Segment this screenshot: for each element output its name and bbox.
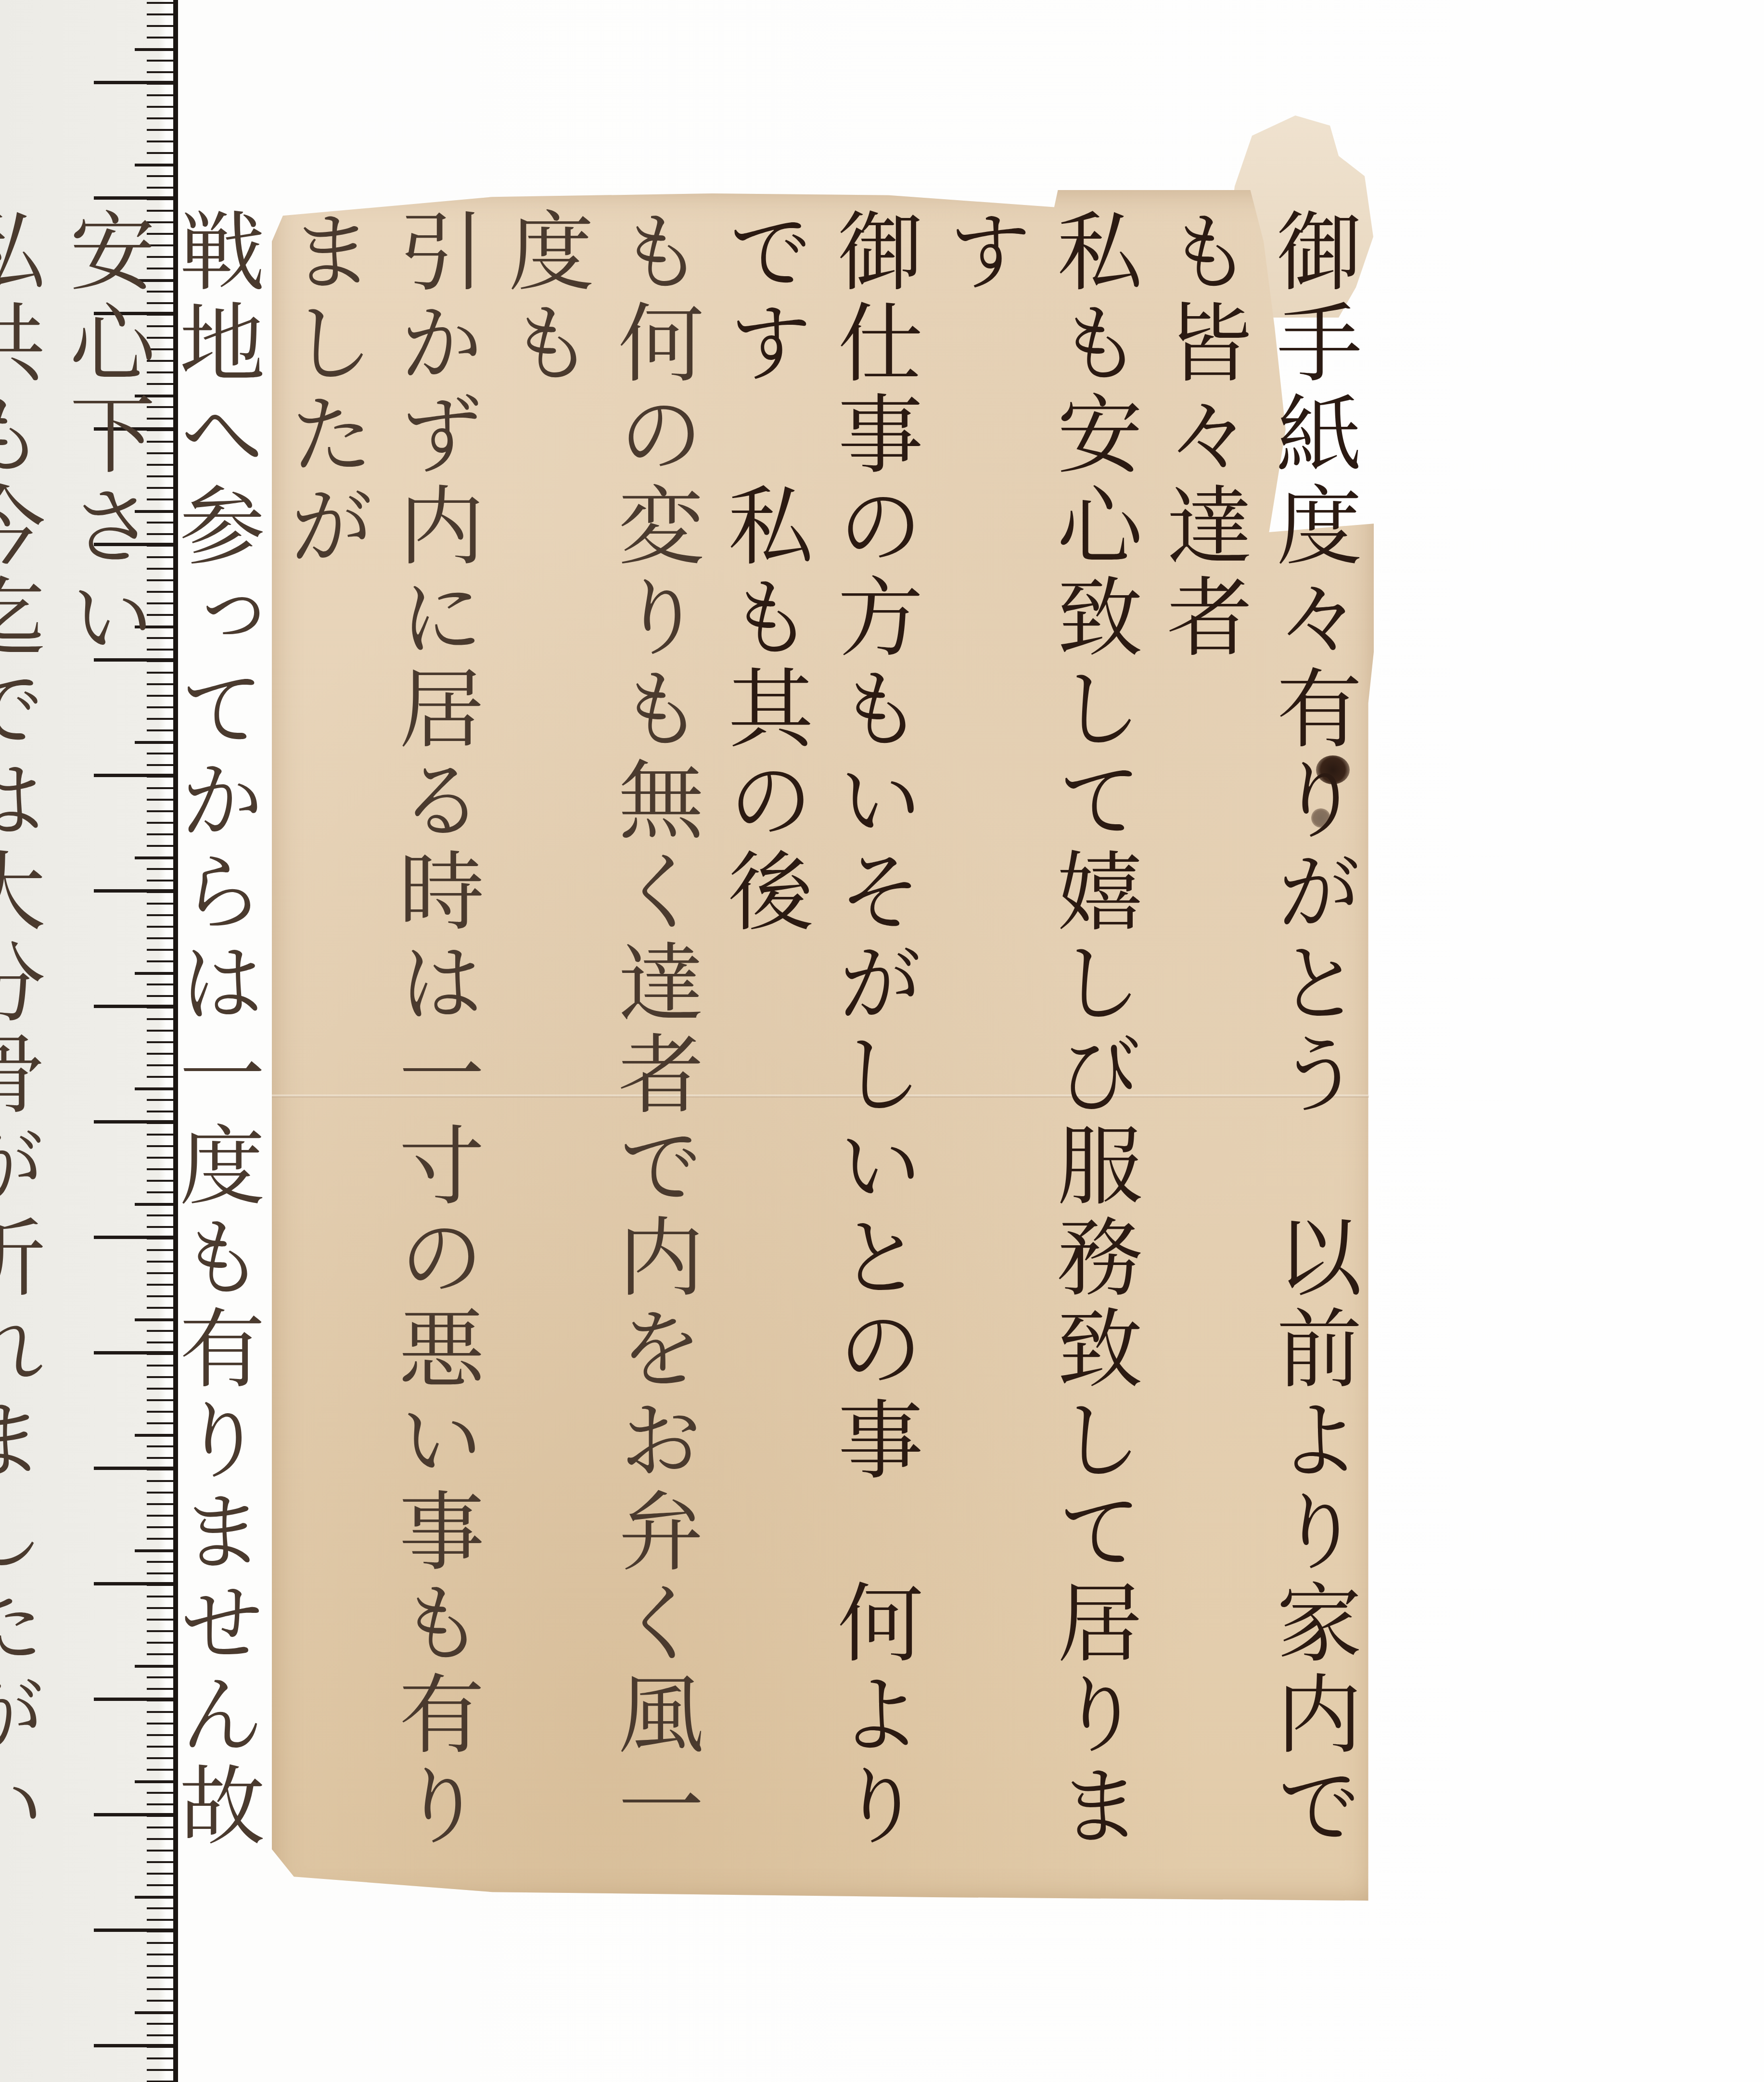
- letter-column-1: 御手紙度々有りがとう 以前より家内でも皆々達者: [1147, 207, 1367, 1857]
- letter-column-7: 私共も今迄では大分骨が折れましたがい満知の: [0, 207, 50, 1857]
- letter-column-2: 私も安心致して嬉しび服務致して居ります: [928, 207, 1147, 1857]
- letter-column-6: 戦地へ参ってからは一度も有りません故安心下さい: [50, 207, 269, 1857]
- letter-column-4: も何の変りも無く達者で内をお弁く風一度も: [489, 207, 708, 1857]
- handwritten-letter-text: 御手紙度々有りがとう 以前より家内でも皆々達者 私も安心致して嬉しび服務致して居…: [308, 207, 1367, 1857]
- letter-column-5: 引かず内に居る時は一寸の悪い事も有りましたが: [269, 207, 489, 1857]
- letter-column-3: 御仕事の方もいそがしいとの事 何よりです 私も其の後: [708, 207, 928, 1857]
